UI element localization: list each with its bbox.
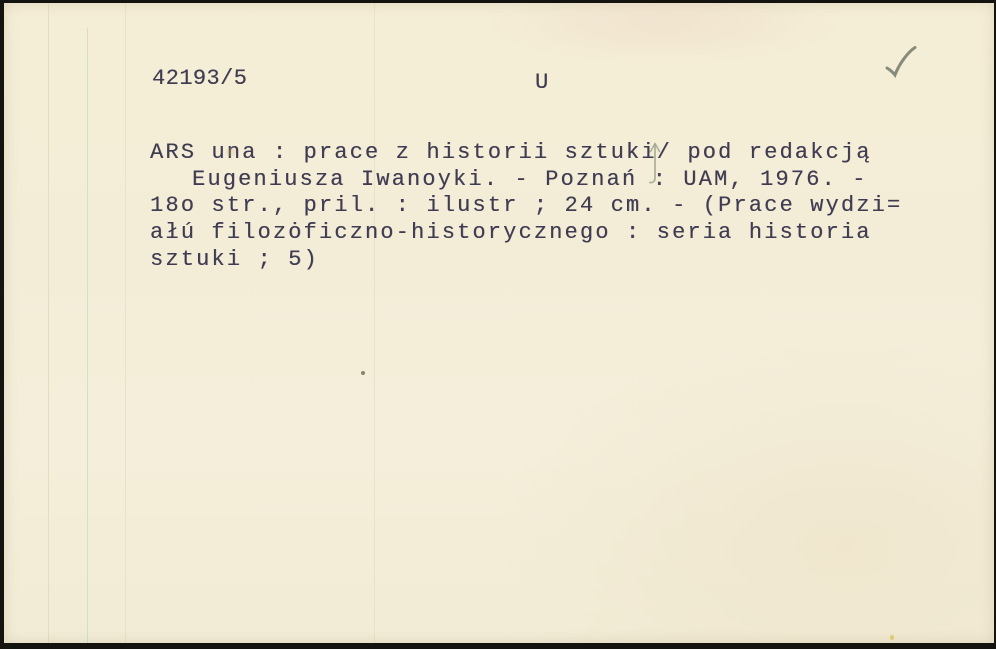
- entry-line: 18o str., pril. : ilustr ; 24 cm. - (Pra…: [150, 193, 902, 220]
- paper-crease: [87, 28, 88, 643]
- paper-speck: [361, 371, 365, 375]
- call-number: 42193/5: [152, 66, 247, 93]
- insertion-mark-icon: [644, 139, 666, 192]
- entry-line: Eugeniusza Iwanoyki. - Poznań : UAM, 197…: [192, 167, 902, 194]
- paper-speck: [226, 148, 236, 156]
- catalog-card: 42193/5 U ARS una : prace z historii szt…: [4, 3, 994, 643]
- entry-line: ARS una : prace z historii sztuki/ pod r…: [150, 140, 902, 167]
- paper-speck: [890, 635, 894, 640]
- entry-line: ałú filozȯficzno-historycznego : seria h…: [150, 220, 902, 247]
- paper-crease: [125, 3, 126, 643]
- letter-mark: U: [535, 70, 549, 97]
- checkmark-icon: [882, 45, 918, 86]
- paper-crease: [48, 3, 49, 643]
- bibliographic-entry: ARS una : prace z historii sztuki/ pod r…: [150, 140, 902, 273]
- paper-crease: [374, 3, 375, 643]
- entry-line: sztuki ; 5): [150, 247, 902, 274]
